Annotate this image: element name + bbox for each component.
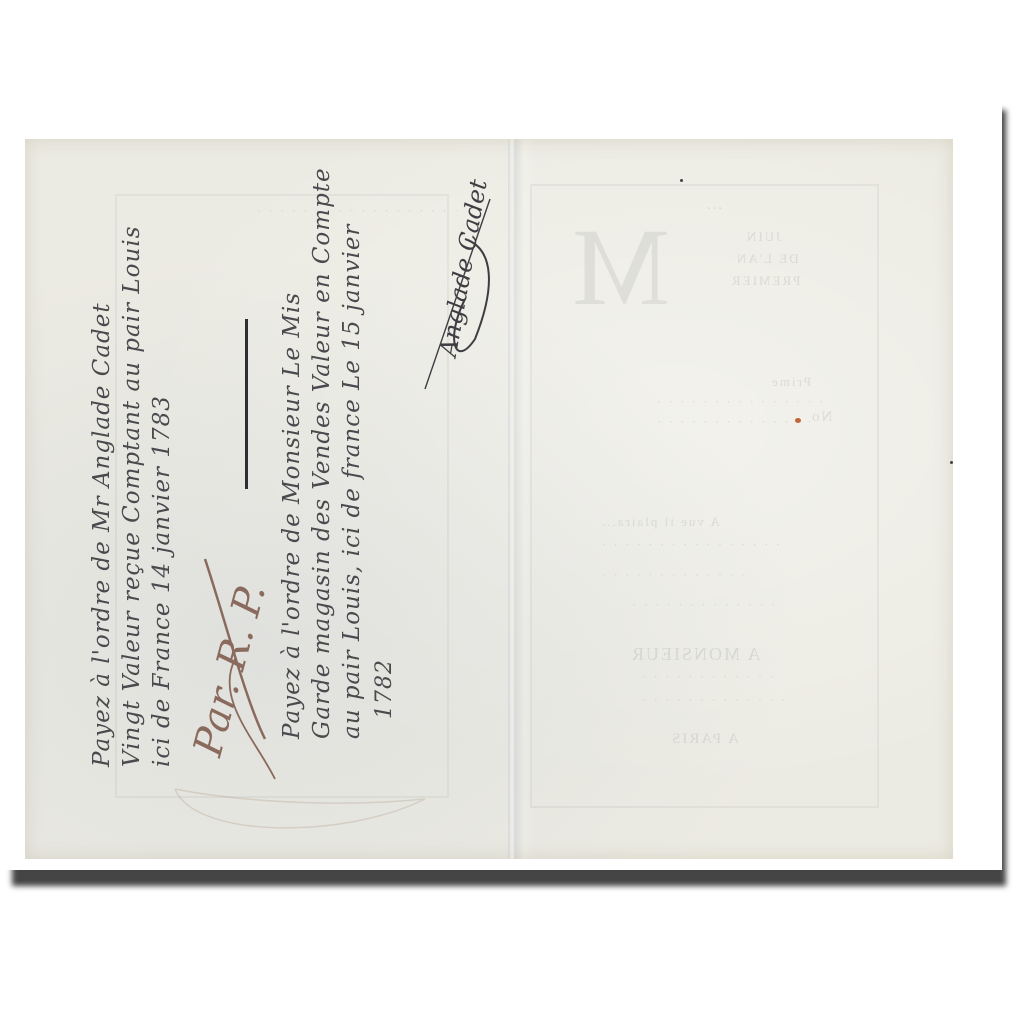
show-through-header-1: ... (705, 197, 722, 214)
ink-speck (680, 179, 683, 182)
left-panel: · · · · · · · · · · · · · · · · · · Paye… (25, 139, 510, 859)
show-through-address: A MONSIEUR (630, 644, 761, 665)
show-through-city: A PARIS (670, 731, 739, 748)
document-sheet: · · · · · · · · · · · · · · · · · · Paye… (25, 139, 953, 859)
red-ink-spot (795, 418, 801, 423)
show-through-prime: Prime (770, 374, 811, 390)
show-through-number: No (810, 409, 832, 426)
show-through-text-8: · · · · · · · · · · · · · (640, 692, 785, 708)
show-through-header-3: DE L'AN (735, 251, 799, 267)
ink-speck (950, 461, 953, 464)
show-through-header-2: JUIN (745, 229, 781, 245)
show-through-text-5: · · · · · · · · · · · · · (600, 567, 745, 583)
right-panel: ... JUIN DE L'AN PREMIER M Prime · · · ·… (510, 139, 953, 859)
show-through-text-4: · · · · · · · · · · · · · · · · (600, 537, 780, 553)
show-through-text-6: · · · · · · · · · · · · · (630, 597, 775, 613)
show-through-text-2: · · · · · · · · · · · · · · (655, 414, 812, 430)
show-through-text-1: · · · · · · · · · · · · · · · (655, 394, 823, 410)
show-through-text-7: · · · · · · · · · · · · (640, 669, 774, 685)
show-through-monogram: M (570, 204, 670, 331)
show-through-text-3: A vue il plaira... (600, 514, 720, 530)
show-through-header-4: PREMIER (730, 273, 800, 289)
ink-flourishes (25, 139, 510, 859)
